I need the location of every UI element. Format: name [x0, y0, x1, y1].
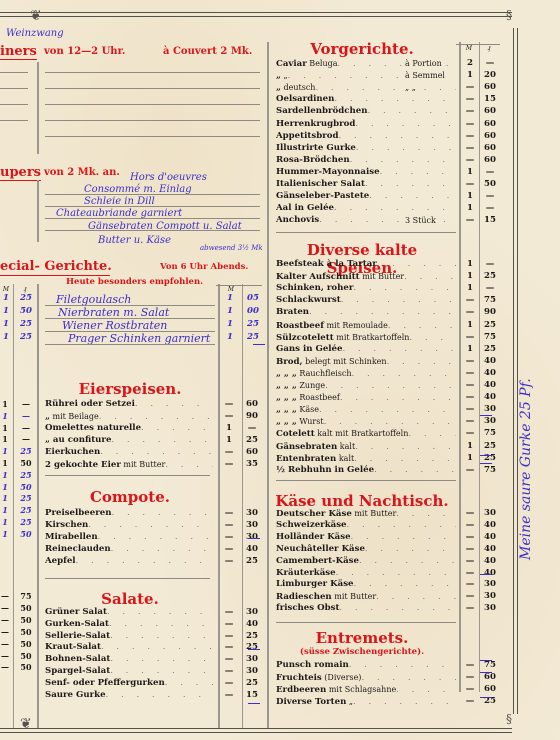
vorgerichte-item: Appetitsbrod . . . . . . . . . . . . . .… [276, 131, 456, 142]
item-price-pf: 30 [243, 508, 261, 519]
item-price-mark: — [461, 544, 479, 555]
section-divider [45, 475, 210, 476]
item-price-mark: — [461, 660, 479, 671]
item-price-mark: — [461, 368, 479, 379]
item-price-mark: — [461, 428, 479, 439]
special-item-pf: 05 [243, 293, 263, 304]
diners-time: von 12—2 Uhr. [44, 46, 125, 57]
item-price-pf: 30 [243, 654, 261, 665]
soupers-handwritten-note: abwesend 3½ Mk [200, 244, 263, 252]
kalte-item: Braten . . . . . . . . . . . . . . . [276, 307, 456, 318]
leader-dots: . . . . . . . . . . . . . . . [101, 642, 213, 653]
item-price-pf: 40 [481, 544, 499, 555]
item-name: Roastbeef [276, 321, 324, 331]
item-name: Punsch romain [276, 660, 349, 670]
item-price-mark: — [461, 94, 479, 105]
item-price-mark: 1 [461, 70, 479, 81]
vorgerichte-item: Oelsardinen . . . . . . . . . . . . . . … [276, 94, 456, 105]
item-price-mark: — [461, 215, 479, 226]
item-price-mark: 1 [461, 441, 479, 452]
eierspeisen-item: Eierkuchen . . . . . . . . . . . . . . . [45, 447, 213, 458]
leader-dots: . . . . . . . . . . . . . . . [165, 460, 213, 470]
margin-column-pf: 50 [16, 615, 36, 626]
item-price-pf: 25 [243, 678, 261, 689]
margin-column-pf: 75 [16, 591, 36, 602]
kaese-item: Deutscher Käse mit Butter . . . . . . . … [276, 508, 456, 519]
item-name: Hummer-Mayonnaise [276, 167, 380, 177]
ruled-line [45, 230, 260, 231]
item-name: Caviar [276, 59, 307, 69]
item-detail: mit Butter [360, 272, 404, 281]
margin-column-mark: 1 [0, 529, 10, 540]
leader-dots: . . . . . . . . . . . . . . . [365, 544, 456, 555]
kalte-item: Gänsebraten kalt . . . . . . . . . . . .… [276, 441, 456, 452]
item-name: Limburger Käse [276, 579, 354, 589]
item-price-pf: 25 [481, 441, 499, 452]
item-price-mark: — [461, 179, 479, 190]
kalte-item: Entenbraten kalt . . . . . . . . . . . .… [276, 453, 456, 464]
margin-price-pf: 50 [16, 306, 36, 317]
item-price-mark: 1 [220, 423, 238, 434]
item-name: Reineclauden [45, 544, 111, 554]
item-price-pf: 60 [481, 155, 499, 166]
margin-column-mark: 1 [0, 446, 10, 457]
item-price-pf: 15 [481, 215, 499, 226]
margin-column-pf: 50 [16, 529, 36, 540]
item-qualifier: „ „ [403, 83, 418, 92]
item-price-mark: — [220, 508, 238, 519]
leader-dots: . . . . . . . . . . . . . . . [396, 685, 456, 695]
item-price-mark: — [461, 591, 479, 602]
margin-column-pf: 50 [16, 627, 36, 638]
item-price-pf: 90 [481, 307, 499, 318]
entremets-item: Punsch romain . . . . . . . . . . . . . … [276, 660, 456, 671]
item-name: Deutscher Käse [276, 509, 352, 519]
item-price-mark: — [461, 568, 479, 579]
leader-dots: . . . . . . . . . . . . . . . [349, 660, 456, 671]
item-name: Schinken, roher [276, 283, 353, 293]
entremets-item: Diverse Torten „ . . . . . . . . . . . .… [276, 696, 456, 707]
item-name: Italienischer Salat [276, 179, 365, 189]
ruled-line [45, 218, 260, 219]
leader-dots: . . . . . . . . . . . . . . . [343, 344, 457, 355]
special-item-pf: 00 [243, 306, 263, 317]
item-name: Aal in Gelée [276, 203, 334, 213]
margin-column-pf: 25 [16, 517, 36, 528]
leader-dots: . . . . . . . . . . . . . . . [353, 283, 456, 294]
item-price-mark: 1 [461, 167, 479, 178]
margin-column-mark: 1 [0, 411, 10, 422]
item-price-pf: 30 [481, 603, 499, 614]
compote-item: Reineclauden . . . . . . . . . . . . . .… [45, 544, 213, 555]
margin-column-mark: — [0, 662, 10, 673]
entremets-title: Entremets. [272, 629, 452, 647]
item-price-pf: 60 [481, 119, 499, 130]
item-price-pf: 40 [243, 544, 261, 555]
kalte-item: Cotelett kalt mit Bratkartoffeln . . . .… [276, 428, 456, 439]
pencil-mark [248, 703, 260, 704]
ruled-line [45, 206, 260, 207]
margin-column-pf: — [16, 399, 36, 410]
item-detail: kalt mit Bratkartoffeln [315, 429, 409, 438]
item-price-mark: — [461, 696, 479, 707]
item-price-mark: — [461, 380, 479, 391]
item-name: Cotelett [276, 429, 315, 439]
item-price-pf: 30 [481, 416, 499, 427]
item-detail: (Diverse) [322, 673, 362, 682]
pencil-mark [480, 672, 492, 673]
leader-dots: . . . . . . . . . . . . . . . [100, 447, 213, 458]
pencil-mark [480, 415, 492, 416]
diners-title: iners [0, 44, 37, 60]
margin-column-mark: 1 [0, 434, 10, 445]
leader-dots: . . . . . . . . . . . . . . . [377, 259, 456, 270]
item-name: Camembert-Käse [276, 556, 359, 566]
item-price-mark: — [220, 447, 238, 458]
item-price-mark: — [220, 607, 238, 618]
item-price-mark: — [461, 307, 479, 318]
item-price-pf: 60 [243, 399, 261, 410]
item-price-pf: 25 [481, 344, 499, 355]
section-divider [276, 232, 456, 233]
item-price-mark: 1 [461, 453, 479, 464]
item-qualifier: 3 Stück [403, 216, 438, 225]
item-price-mark: — [461, 684, 479, 695]
eierspeisen-item: „ mit Beilage . . . . . . . . . . . . . … [45, 411, 213, 422]
leader-dots: . . . . . . . . . . . . . . . [409, 333, 456, 343]
item-name: 2 gekochte Eier [45, 460, 121, 470]
item-price-pf: 60 [481, 143, 499, 154]
margin-column-pf: 50 [16, 603, 36, 614]
margin-price-pf: 25 [16, 319, 36, 330]
item-name: „ „ „ [276, 369, 297, 379]
handwritten-side-note: Meine saure Gurke 25 Pf. [518, 378, 534, 560]
item-name: Anchovis [276, 215, 319, 225]
compote-item: Mirabellen . . . . . . . . . . . . . . . [45, 532, 213, 543]
leader-dots: . . . . . . . . . . . . . . . [110, 666, 213, 677]
salate-item: Saure Gurke . . . . . . . . . . . . . . … [45, 690, 213, 701]
item-price-pf: — [481, 259, 499, 270]
leader-dots: . . . . . . . . . . . . . . . [376, 592, 456, 602]
compote-item: Preiselbeeren . . . . . . . . . . . . . … [45, 508, 213, 519]
leader-dots: . . . . . . . . . . . . . . . [141, 423, 213, 434]
vorgerichte-item: Sardellenbrödchen . . . . . . . . . . . … [276, 106, 456, 117]
item-detail: kalt [336, 454, 354, 463]
item-price-mark: — [220, 544, 238, 555]
vorgerichte-item: Hummer-Mayonnaise . . . . . . . . . . . … [276, 167, 456, 178]
margin-column-mark: 1 [0, 505, 10, 516]
item-price-pf: 40 [481, 356, 499, 367]
special-item-mark: 1 [220, 293, 240, 304]
item-price-pf: 50 [481, 179, 499, 190]
kalte-item: Gans in Gelée . . . . . . . . . . . . . … [276, 344, 456, 355]
kaese-item: Camembert-Käse . . . . . . . . . . . . .… [276, 556, 456, 567]
pencil-mark [480, 574, 492, 575]
leader-dots: . . . . . . . . . . . . . . . [110, 631, 213, 642]
item-detail: kalt [337, 442, 355, 451]
item-price-mark: — [461, 106, 479, 117]
leader-dots: . . . . . . . . . . . . . . . [340, 393, 456, 403]
item-name: Beefsteak à la Tartar [276, 259, 377, 269]
eierspeisen-title: Eierspeisen. [45, 380, 215, 398]
item-price-mark: 1 [461, 344, 479, 355]
item-price-pf: — [243, 423, 261, 434]
margin-column-mark: 1 [0, 399, 10, 410]
margin-column-mark: 1 [0, 423, 10, 434]
soupers-price: von 2 Mk. an. [44, 167, 120, 178]
leader-dots: . . . . . . . . . . . . . . . [111, 544, 213, 555]
leader-dots: . . . . . . . . . . . . . . . [76, 556, 213, 567]
section-divider [45, 578, 210, 579]
item-name: Diverse Torten [276, 697, 346, 707]
leader-dots: . . . . . . . . . . . . . . . [325, 381, 456, 391]
leader-dots: . . . . . . . . . . . . . . . [165, 678, 213, 689]
item-name: Omelettes naturelle [45, 423, 141, 433]
leader-dots: . . . . . . . . . . . . . . . [365, 179, 456, 190]
margin-column-pf: — [16, 411, 36, 422]
vorgerichte-item: Herrenkrugbrod . . . . . . . . . . . . .… [276, 119, 456, 130]
eierspeisen-item: Omelettes naturelle . . . . . . . . . . … [45, 423, 213, 434]
vorgerichte-item: Gänseleber-Pastete . . . . . . . . . . .… [276, 191, 456, 202]
diners-price: à Couvert 2 Mk. [163, 46, 252, 57]
margin-column-mark: — [0, 615, 10, 626]
leader-dots: . . . . . . . . . . . . . . . [369, 191, 456, 202]
item-price-pf: 15 [481, 94, 499, 105]
special-item-mark: 1 [220, 319, 240, 330]
item-price-mark: — [461, 143, 479, 154]
item-price-pf: 30 [481, 579, 499, 590]
item-price-mark: 1 [461, 191, 479, 202]
item-price-mark: — [220, 642, 238, 653]
item-price-mark: — [461, 404, 479, 415]
entremets-item: Erdbeeren mit Schlagsahne . . . . . . . … [276, 684, 456, 695]
item-price-pf: 40 [481, 520, 499, 531]
item-detail: Beluga [307, 59, 338, 68]
item-detail: belegt mit Schinken [303, 357, 387, 366]
item-price-pf: 60 [481, 106, 499, 117]
item-name: Grüner Salat [45, 607, 107, 617]
item-price-mark: — [461, 520, 479, 531]
margin-column-mark: 1 [0, 470, 10, 481]
item-name: Rührei oder Setzei [45, 399, 135, 409]
item-price-pf: 15 [243, 690, 261, 701]
leader-dots: . . . . . . . . . . . . . . . [334, 94, 456, 105]
kaese-item: Limburger Käse . . . . . . . . . . . . .… [276, 579, 456, 590]
item-price-pf: 25 [481, 271, 499, 282]
item-name: Erdbeeren [276, 685, 326, 695]
margin-price-pf: 25 [16, 293, 36, 304]
leader-dots: . . . . . . . . . . . . . . . [98, 532, 213, 543]
leader-dots: . . . . . . . . . . . . . . . [353, 697, 456, 707]
item-price-pf: 20 [481, 70, 499, 81]
margin-column-pf: 25 [16, 470, 36, 481]
vorgerichte-item: Aal in Gelée . . . . . . . . . . . . . .… [276, 203, 456, 214]
item-detail: Käse [297, 405, 319, 414]
section-divider [276, 622, 456, 623]
section-divider [276, 480, 456, 481]
item-price-pf: 40 [481, 532, 499, 543]
kaese-item: Holländer Käse . . . . . . . . . . . . .… [276, 532, 456, 543]
leader-dots: . . . . . . . . . . . . . . . [336, 568, 456, 579]
kaese-item: Schweizerkäse . . . . . . . . . . . . . … [276, 520, 456, 531]
item-name: Gänsebraten [276, 442, 337, 452]
vorgerichte-item: Rosa-Brödchen . . . . . . . . . . . . . … [276, 155, 456, 166]
margin-price-mark: 1 [0, 293, 12, 304]
item-name: Gans in Gelée [276, 344, 343, 354]
margin-column-mark: — [0, 651, 10, 662]
item-name: Eierkuchen [45, 447, 100, 457]
salate-item: Gurken-Salat . . . . . . . . . . . . . .… [45, 619, 213, 630]
item-price-pf: — [481, 203, 499, 214]
item-detail: mit Butter [121, 460, 165, 469]
item-name: Entenbraten [276, 454, 336, 464]
pencil-mark [480, 660, 492, 661]
leader-dots: . . . . . . . . . . . . . . . [396, 509, 456, 519]
salate-item: Senf- oder Pfeffergurken . . . . . . . .… [45, 678, 213, 689]
item-price-mark: — [461, 603, 479, 614]
item-price-mark: — [461, 672, 479, 683]
leader-dots: . . . . . . . . . . . . . . . [135, 399, 213, 410]
item-name: Sardellenbrödchen [276, 106, 368, 116]
item-price-pf: 35 [243, 459, 261, 470]
leader-dots: . . . . . . . . . . . . . . . [110, 654, 213, 665]
vorgerichte-item: Illustrirte Gurke . . . . . . . . . . . … [276, 143, 456, 154]
item-qualifier: à Portion [403, 59, 444, 68]
leader-dots: . . . . . . . . . . . . . . . [334, 203, 456, 214]
eierspeisen-item: „ au confiture . . . . . . . . . . . . .… [45, 435, 213, 446]
item-price-pf: — [481, 167, 499, 178]
leader-dots: . . . . . . . . . . . . . . . [387, 357, 456, 367]
compote-title: Compote. [45, 488, 215, 506]
leader-dots: . . . . . . . . . . . . . . . [88, 520, 213, 531]
item-price-mark: — [220, 690, 238, 701]
salate-item: Kraut-Salat . . . . . . . . . . . . . . … [45, 642, 213, 653]
item-name: Oelsardinen [276, 94, 334, 104]
item-price-pf: 40 [481, 568, 499, 579]
leader-dots: . . . . . . . . . . . . . . . [352, 369, 457, 379]
margin-column-mark: — [0, 627, 10, 638]
margin-column-pf: 50 [16, 639, 36, 650]
leader-dots: . . . . . . . . . . . . . . . [380, 167, 456, 178]
kalte-item: „ „ „ Käse . . . . . . . . . . . . . . . [276, 404, 456, 415]
item-name: Braten [276, 307, 309, 317]
leader-dots: . . . . . . . . . . . . . . . [338, 131, 456, 142]
item-price-pf: 25 [481, 320, 499, 331]
item-name: frisches Obst [276, 603, 339, 613]
item-price-pf: 40 [481, 368, 499, 379]
margin-column-pf: 25 [16, 446, 36, 457]
vorgerichte-item: „ deutsch . . . . . . . . . . . . . . . [276, 82, 456, 93]
pencil-mark [480, 455, 492, 456]
item-price-mark: — [461, 332, 479, 343]
special-item-mark: 1 [220, 332, 240, 343]
item-price-mark: — [461, 131, 479, 142]
item-price-mark: — [461, 82, 479, 93]
margin-column-pf: — [16, 423, 36, 434]
kaese-item: Neuchâteller Käse . . . . . . . . . . . … [276, 544, 456, 555]
margin-column-mark: 1 [0, 517, 10, 528]
item-price-pf: 60 [481, 684, 499, 695]
item-name: „ „ „ [276, 393, 297, 403]
item-name: Holländer Käse [276, 532, 351, 542]
item-price-mark: 1 [220, 435, 238, 446]
item-price-pf: 60 [481, 672, 499, 683]
salate-item: Grüner Salat . . . . . . . . . . . . . .… [45, 607, 213, 618]
item-price-pf: 30 [481, 404, 499, 415]
pencil-mark [248, 649, 260, 650]
item-qualifier: à Semmel [403, 71, 447, 80]
item-price-mark: 2 [461, 58, 479, 69]
item-price-mark: — [461, 295, 479, 306]
item-detail: mit Beilage [50, 412, 99, 421]
margin-column-pf: 50 [16, 458, 36, 469]
leader-dots: . . . . . . . . . . . . . . . [111, 508, 213, 519]
kaese-item: Radieschen mit Butter . . . . . . . . . … [276, 591, 456, 602]
item-price-mark: — [461, 356, 479, 367]
leader-dots: . . . . . . . . . . . . . . . [388, 321, 456, 331]
special-item-pf: 25 [243, 319, 263, 330]
leader-dots: . . . . . . . . . . . . . . . [351, 532, 456, 543]
item-price-mark: — [461, 579, 479, 590]
item-name: ½ Rebhuhn in Gelée [276, 465, 374, 475]
special-item-pf: 25 [243, 332, 263, 343]
special-item-mark: 1 [220, 306, 240, 317]
item-price-pf: 30 [243, 666, 261, 677]
leader-dots: . . . . . . . . . . . . . . . [99, 412, 213, 422]
item-detail: „ [346, 697, 353, 706]
item-price-pf: 75 [481, 332, 499, 343]
leader-dots: . . . . . . . . . . . . . . . [347, 520, 456, 531]
ruled-line [45, 194, 260, 195]
leader-dots: . . . . . . . . . . . . . . . [404, 272, 456, 282]
item-price-mark: 1 [461, 259, 479, 270]
item-price-mark: 1 [461, 320, 479, 331]
item-price-pf: 30 [243, 520, 261, 531]
salate-item: Sellerie-Salat . . . . . . . . . . . . .… [45, 631, 213, 642]
margin-price-pf: 25 [16, 332, 36, 343]
item-price-mark: — [220, 666, 238, 677]
kalte-item: Sülzcotelett mit Bratkartoffeln . . . . … [276, 332, 456, 343]
kaese-item: Kräuterkäse . . . . . . . . . . . . . . … [276, 568, 456, 579]
kalte-item: „ „ „ Zunge . . . . . . . . . . . . . . … [276, 380, 456, 391]
item-name: Kirschen [45, 520, 88, 530]
item-name: Bohnen-Salat [45, 654, 110, 664]
ornament-bottom-left: ❦ [20, 716, 32, 732]
item-name: „ au confiture [45, 435, 111, 445]
leader-dots: . . . . . . . . . . . . . . . [355, 442, 456, 452]
center-divider [267, 42, 269, 728]
special-subtitle: Heute besonders empfohlen. [66, 277, 203, 287]
special-title: ecial- Gerichte. [0, 259, 112, 274]
item-name: Illustrirte Gurke [276, 143, 356, 153]
item-price-mark: — [220, 411, 238, 422]
item-price-pf: 60 [481, 131, 499, 142]
margin-column-pf: 25 [16, 493, 36, 504]
salate-title: Salate. [45, 590, 215, 608]
vorgerichte-item: Italienischer Salat . . . . . . . . . . … [276, 179, 456, 190]
kalte-item: Beefsteak à la Tartar . . . . . . . . . … [276, 259, 456, 270]
item-price-pf: — [481, 58, 499, 69]
kalte-item: Roastbeef mit Remoulade . . . . . . . . … [276, 320, 456, 331]
compote-item: Kirschen . . . . . . . . . . . . . . . [45, 520, 213, 531]
item-price-pf: 75 [481, 660, 499, 671]
ornament-top-right: § [506, 8, 512, 22]
eierspeisen-item: Rührei oder Setzei . . . . . . . . . . .… [45, 399, 213, 410]
item-name: Spargel-Salat [45, 666, 110, 676]
leader-dots: . . . . . . . . . . . . . . . [354, 454, 456, 464]
ruled-line [45, 344, 215, 345]
leader-dots: . . . . . . . . . . . . . . . [109, 619, 213, 630]
